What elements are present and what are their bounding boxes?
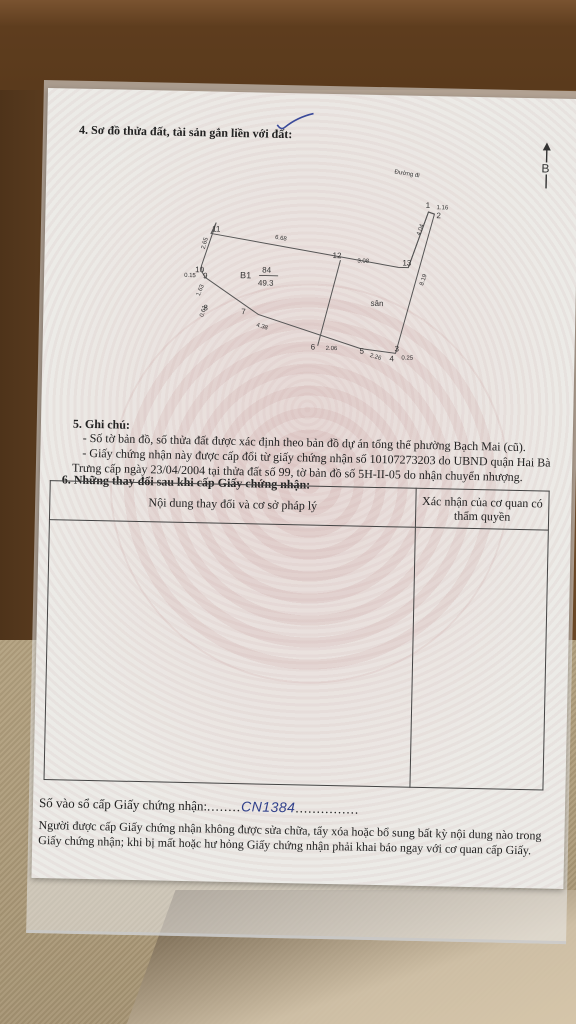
svg-text:10: 10 xyxy=(195,265,205,274)
svg-text:3.08: 3.08 xyxy=(357,259,369,265)
registry-value-handwritten: CN1384 xyxy=(241,798,296,815)
svg-text:1: 1 xyxy=(426,201,431,210)
svg-text:2.26: 2.26 xyxy=(369,353,383,362)
svg-text:1.16: 1.16 xyxy=(437,205,449,211)
svg-text:0.25: 0.25 xyxy=(401,355,413,361)
svg-text:12: 12 xyxy=(332,251,342,260)
road-label: Đường đi xyxy=(394,169,420,179)
changes-table: Nội dung thay đổi và cơ sở pháp lý Xác n… xyxy=(44,480,550,790)
svg-text:0.15: 0.15 xyxy=(184,273,196,279)
svg-text:4: 4 xyxy=(389,354,394,363)
svg-text:2.65: 2.65 xyxy=(201,236,210,250)
svg-text:2: 2 xyxy=(436,211,441,220)
svg-text:2.06: 2.06 xyxy=(326,346,338,352)
svg-text:B1: B1 xyxy=(240,270,251,280)
svg-text:4.38: 4.38 xyxy=(255,323,269,332)
background-sofa-top xyxy=(0,0,576,90)
land-plot-diagram: Đường đi 12345678910111213 1.168.190.252… xyxy=(42,88,576,399)
svg-text:13: 13 xyxy=(402,258,412,267)
svg-text:84: 84 xyxy=(262,266,272,275)
svg-text:7: 7 xyxy=(241,307,246,316)
svg-text:sân: sân xyxy=(370,299,383,308)
svg-text:49.3: 49.3 xyxy=(258,278,274,287)
svg-text:3: 3 xyxy=(395,344,400,353)
svg-text:8.19: 8.19 xyxy=(419,273,429,287)
changes-cell-empty xyxy=(44,520,415,788)
svg-text:11: 11 xyxy=(212,224,221,233)
certificate-page: 4. Sơ đồ thửa đất, tài sản gắn liền với … xyxy=(31,88,576,889)
column-header-confirmation: Xác nhận của cơ quan có thẩm quyền xyxy=(415,488,549,530)
registry-label: Số vào sổ cấp Giấy chứng nhận: xyxy=(39,795,207,814)
svg-text:1.63: 1.63 xyxy=(196,283,206,297)
registry-number-line: Số vào sổ cấp Giấy chứng nhận:........CN… xyxy=(39,794,359,818)
svg-text:4.04: 4.04 xyxy=(416,223,426,237)
svg-text:6: 6 xyxy=(311,343,316,352)
svg-text:6.68: 6.68 xyxy=(275,235,288,243)
confirmation-cell-empty xyxy=(410,527,548,790)
warning-text: Người được cấp Giấy chứng nhận không đượ… xyxy=(38,818,545,859)
svg-text:5: 5 xyxy=(359,347,364,356)
